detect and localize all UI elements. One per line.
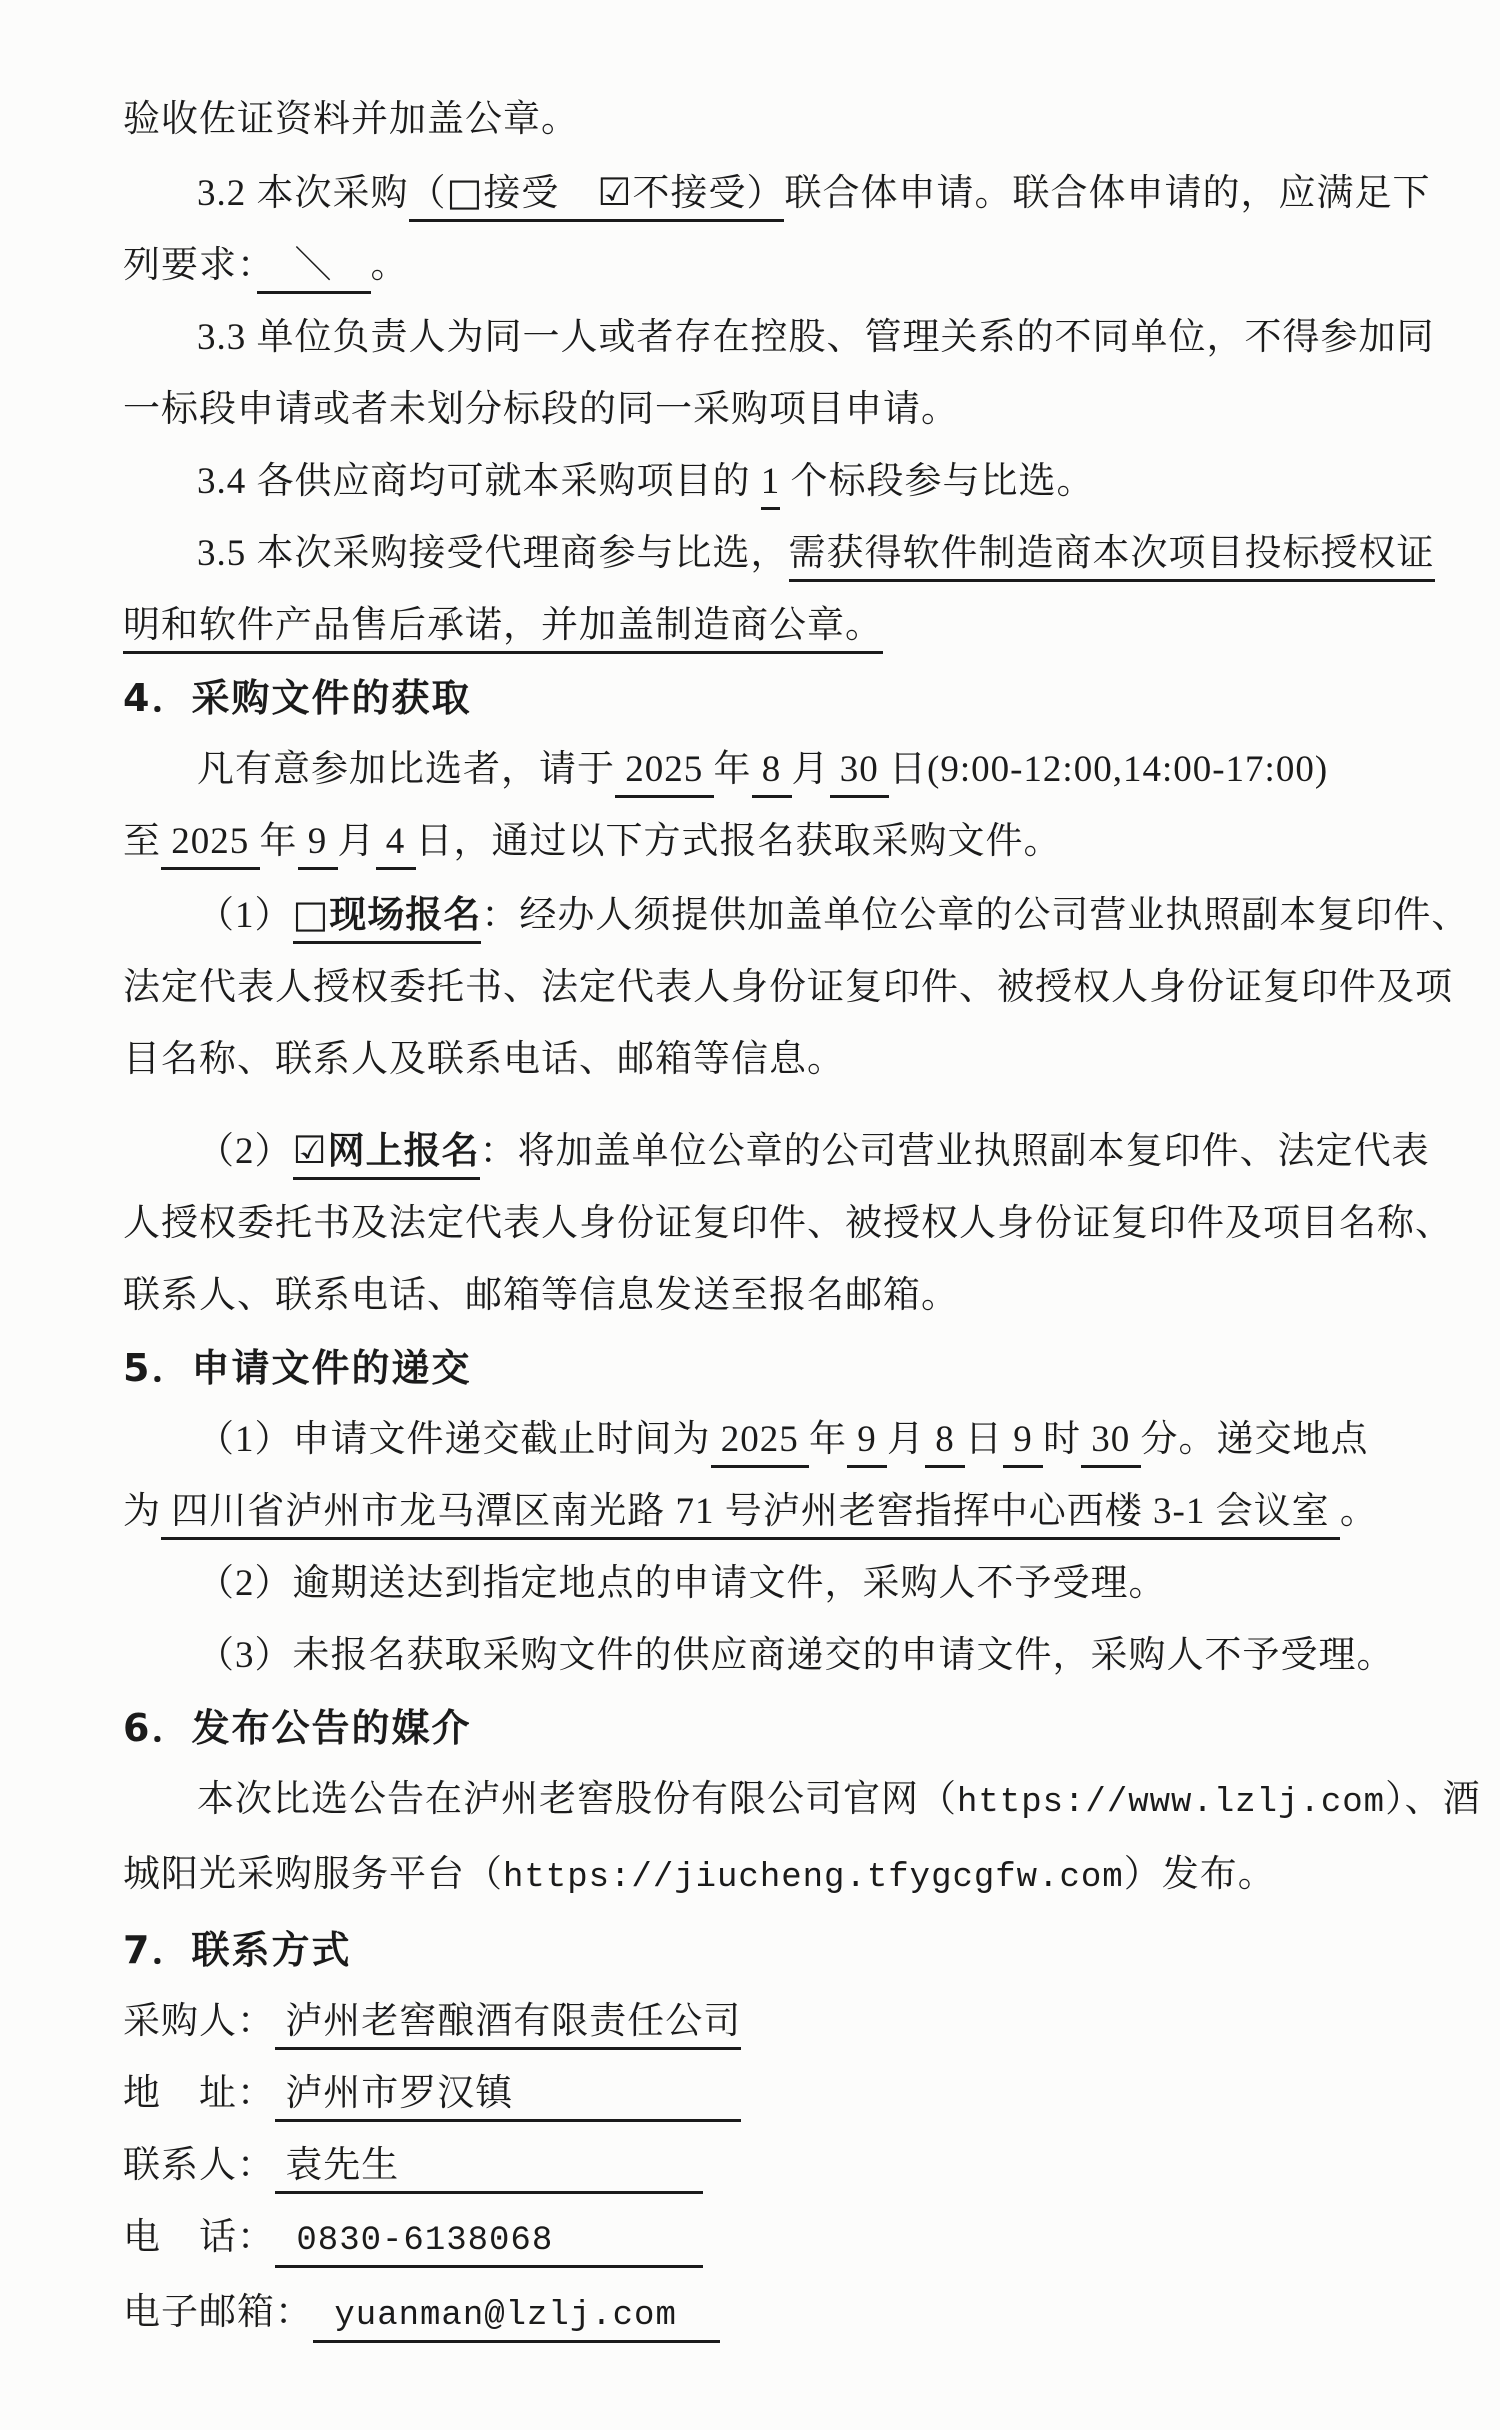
underlined-text: 不接受）	[632, 173, 784, 222]
underlined-text: 9	[847, 1419, 887, 1468]
text-line: 3.2 本次采购（□接受 ☑不接受）联合体申请。联合体申请的，应满足下	[123, 156, 1468, 230]
text-run: 联合体申请。联合体申请的，应满足下	[784, 173, 1430, 214]
text-run: 至	[123, 821, 161, 862]
text-line: （1）□现场报名：经办人须提供加盖单位公章的公司营业执照副本复印件、	[123, 878, 1468, 952]
text-run: 。	[1340, 1491, 1378, 1532]
section-heading: 5．申请文件的递交	[123, 1332, 1468, 1404]
checked-checkbox-icon: ☑	[597, 170, 632, 222]
text-line: 至 2025 年 9 月 4 日，通过以下方式报名获取采购文件。	[123, 806, 1468, 878]
text-run: 目名称、联系人及联系电话、邮箱等信息。	[123, 1039, 845, 1080]
underlined-text: 0830-6138068	[275, 2222, 703, 2268]
underlined-text: 现场报名	[329, 895, 481, 944]
underlined-text: 30	[830, 749, 890, 798]
text-run: 采购人：	[123, 2001, 275, 2042]
checked-checkbox-icon: ☑	[293, 1128, 328, 1180]
section-heading: 6．发布公告的媒介	[123, 1692, 1468, 1764]
text-run: 分。递交地点	[1141, 1419, 1369, 1460]
text-run: 3.3 单位负责人为同一人或者存在控股、管理关系的不同单位，不得参加同	[197, 317, 1435, 358]
text-run: 4．采购文件的获取	[123, 676, 471, 720]
underlined-text: 四川省泸州市龙马潭区南光路 71 号泸州老窖指挥中心西楼 3-1 会议室	[161, 1491, 1340, 1540]
text-run: 本次比选公告在泸州老窖股份有限公司官网（	[197, 1779, 957, 1820]
underlined-text: yuanman@lzlj.com	[313, 2297, 720, 2343]
document-body: 验收佐证资料并加盖公章。3.2 本次采购（□接受 ☑不接受）联合体申请。联合体申…	[123, 84, 1468, 2352]
text-run: 地 址：	[123, 2073, 275, 2114]
underlined-text: 明和软件产品售后承诺，并加盖制造商公章。	[123, 605, 883, 654]
underlined-text: 网上报名	[328, 1131, 480, 1180]
text-line: 为 四川省泸州市龙马潭区南光路 71 号泸州老窖指挥中心西楼 3-1 会议室 。	[123, 1476, 1468, 1548]
text-line: 人授权委托书及法定代表人身份证复印件、被授权人身份证复印件及项目名称、	[123, 1188, 1468, 1260]
text-run: 联系人、联系电话、邮箱等信息发送至报名邮箱。	[123, 1275, 959, 1316]
underlined-text: 袁先生	[275, 2145, 703, 2194]
underlined-text: 4	[376, 821, 416, 870]
text-line: （3）未报名获取采购文件的供应商递交的申请文件，采购人不予受理。	[123, 1620, 1468, 1692]
text-run: 联系人：	[123, 2145, 275, 2186]
text-run: 3.4 各供应商均可就本采购项目的	[197, 461, 761, 502]
unchecked-checkbox-icon: □	[293, 892, 330, 944]
contact-row: 地 址： 泸州市罗汉镇	[123, 2058, 1468, 2130]
underlined-text: 2025	[615, 749, 714, 798]
text-run: （1）申请文件递交截止时间为	[197, 1419, 711, 1460]
contact-row: 电 话： 0830-6138068	[123, 2202, 1468, 2277]
contact-row: 采购人： 泸州老窖酿酒有限责任公司	[123, 1986, 1468, 2058]
underlined-text: 接受	[483, 173, 597, 222]
text-line: 3.4 各供应商均可就本采购项目的 1 个标段参与比选。	[123, 446, 1468, 518]
underlined-text: 2025	[711, 1419, 810, 1468]
text-run: 凡有意参加比选者，请于	[197, 749, 615, 790]
text-run: （3）未报名获取采购文件的供应商递交的申请文件，采购人不予受理。	[197, 1635, 1395, 1676]
text-run: 时	[1043, 1419, 1081, 1460]
text-run: 城阳光采购服务平台（	[123, 1854, 503, 1895]
text-run: https://www.lzlj.com	[957, 1784, 1385, 1822]
text-run: 验收佐证资料并加盖公章。	[123, 99, 579, 140]
text-run: 为	[123, 1491, 161, 1532]
underlined-text: 2025	[161, 821, 260, 870]
text-line: （2）逾期送达到指定地点的申请文件，采购人不予受理。	[123, 1548, 1468, 1620]
text-run: 个标段参与比选。	[780, 461, 1094, 502]
underlined-text: 泸州市罗汉镇	[275, 2073, 741, 2122]
text-run: 5．申请文件的递交	[123, 1346, 471, 1390]
text-run: 月	[792, 749, 830, 790]
underlined-text: 8	[752, 749, 792, 798]
text-line: 一标段申请或者未划分标段的同一采购项目申请。	[123, 374, 1468, 446]
text-run: （1）	[197, 895, 293, 936]
text-line: 列要求： ＼ 。	[123, 230, 1468, 302]
text-run: 6．发布公告的媒介	[123, 1706, 471, 1750]
text-run: 法定代表人授权委托书、法定代表人身份证复印件、被授权人身份证复印件及项	[123, 967, 1453, 1008]
text-run: 列要求：	[123, 245, 257, 286]
text-run: 。	[371, 245, 409, 286]
text-run: ：经办人须提供加盖单位公章的公司营业执照副本复印件、	[481, 895, 1469, 936]
section-heading: 7．联系方式	[123, 1914, 1468, 1986]
underlined-text: 30	[1081, 1419, 1141, 1468]
text-run: （2）	[197, 1131, 293, 1172]
underlined-text: 需获得软件制造商本次项目投标授权证	[789, 533, 1435, 582]
document-page: 验收佐证资料并加盖公章。3.2 本次采购（□接受 ☑不接受）联合体申请。联合体申…	[0, 0, 1500, 2430]
text-run: 年	[260, 821, 298, 862]
text-run: ：将加盖单位公章的公司营业执照副本复印件、法定代表	[480, 1131, 1430, 1172]
text-run: 人授权委托书及法定代表人身份证复印件、被授权人身份证复印件及项目名称、	[123, 1203, 1453, 1244]
underlined-text: 8	[925, 1419, 965, 1468]
contact-row: 电子邮箱： yuanman@lzlj.com	[123, 2277, 1468, 2352]
text-run: https://jiucheng.tfygcgfw.com	[503, 1859, 1124, 1897]
text-run: 年	[809, 1419, 847, 1460]
text-line: 3.5 本次采购接受代理商参与比选，需获得软件制造商本次项目投标授权证	[123, 518, 1468, 590]
text-line: 凡有意参加比选者，请于 2025 年 8 月 30 日(9:00-12:00,1…	[123, 734, 1468, 806]
text-run: 月	[338, 821, 376, 862]
text-run: ）、酒	[1385, 1779, 1481, 1820]
underlined-text: 1	[761, 461, 781, 510]
text-run: （2）逾期送达到指定地点的申请文件，采购人不予受理。	[197, 1563, 1167, 1604]
text-line: 城阳光采购服务平台（https://jiucheng.tfygcgfw.com）…	[123, 1839, 1468, 1914]
underlined-text: 泸州老窖酿酒有限责任公司	[275, 2001, 741, 2050]
text-run: 月	[887, 1419, 925, 1460]
text-line: 法定代表人授权委托书、法定代表人身份证复印件、被授权人身份证复印件及项	[123, 952, 1468, 1024]
text-line: 联系人、联系电话、邮箱等信息发送至报名邮箱。	[123, 1260, 1468, 1332]
text-run: 3.2 本次采购	[197, 173, 409, 214]
text-run: 日	[965, 1419, 1003, 1460]
underlined-text: ＼	[257, 245, 371, 294]
text-run: 一标段申请或者未划分标段的同一采购项目申请。	[123, 389, 959, 430]
text-line: 3.3 单位负责人为同一人或者存在控股、管理关系的不同单位，不得参加同	[123, 302, 1468, 374]
underlined-text: 9	[298, 821, 338, 870]
text-line: （1）申请文件递交截止时间为 2025 年 9 月 8 日 9 时 30 分。递…	[123, 1404, 1468, 1476]
text-run: 7．联系方式	[123, 1928, 351, 1972]
text-line: 目名称、联系人及联系电话、邮箱等信息。	[123, 1024, 1468, 1096]
text-run: 电 话：	[123, 2217, 275, 2258]
text-run: 电子邮箱：	[123, 2292, 313, 2333]
text-run: ）发布。	[1124, 1854, 1276, 1895]
text-line: 明和软件产品售后承诺，并加盖制造商公章。	[123, 590, 1468, 662]
text-run: 日，通过以下方式报名获取采购文件。	[416, 821, 1062, 862]
section-heading: 4．采购文件的获取	[123, 662, 1468, 734]
text-line: 验收佐证资料并加盖公章。	[123, 84, 1468, 156]
underlined-text: 9	[1003, 1419, 1043, 1468]
underlined-text: （	[409, 173, 447, 222]
text-run: 3.5 本次采购接受代理商参与比选，	[197, 533, 789, 574]
unchecked-checkbox-icon: □	[447, 170, 484, 222]
text-run: 年	[714, 749, 752, 790]
text-line: 本次比选公告在泸州老窖股份有限公司官网（https://www.lzlj.com…	[123, 1764, 1468, 1839]
text-run: 日(9:00-12:00,14:00-17:00)	[889, 749, 1328, 790]
text-line: （2）☑网上报名：将加盖单位公章的公司营业执照副本复印件、法定代表	[123, 1114, 1468, 1188]
contact-row: 联系人： 袁先生	[123, 2130, 1468, 2202]
